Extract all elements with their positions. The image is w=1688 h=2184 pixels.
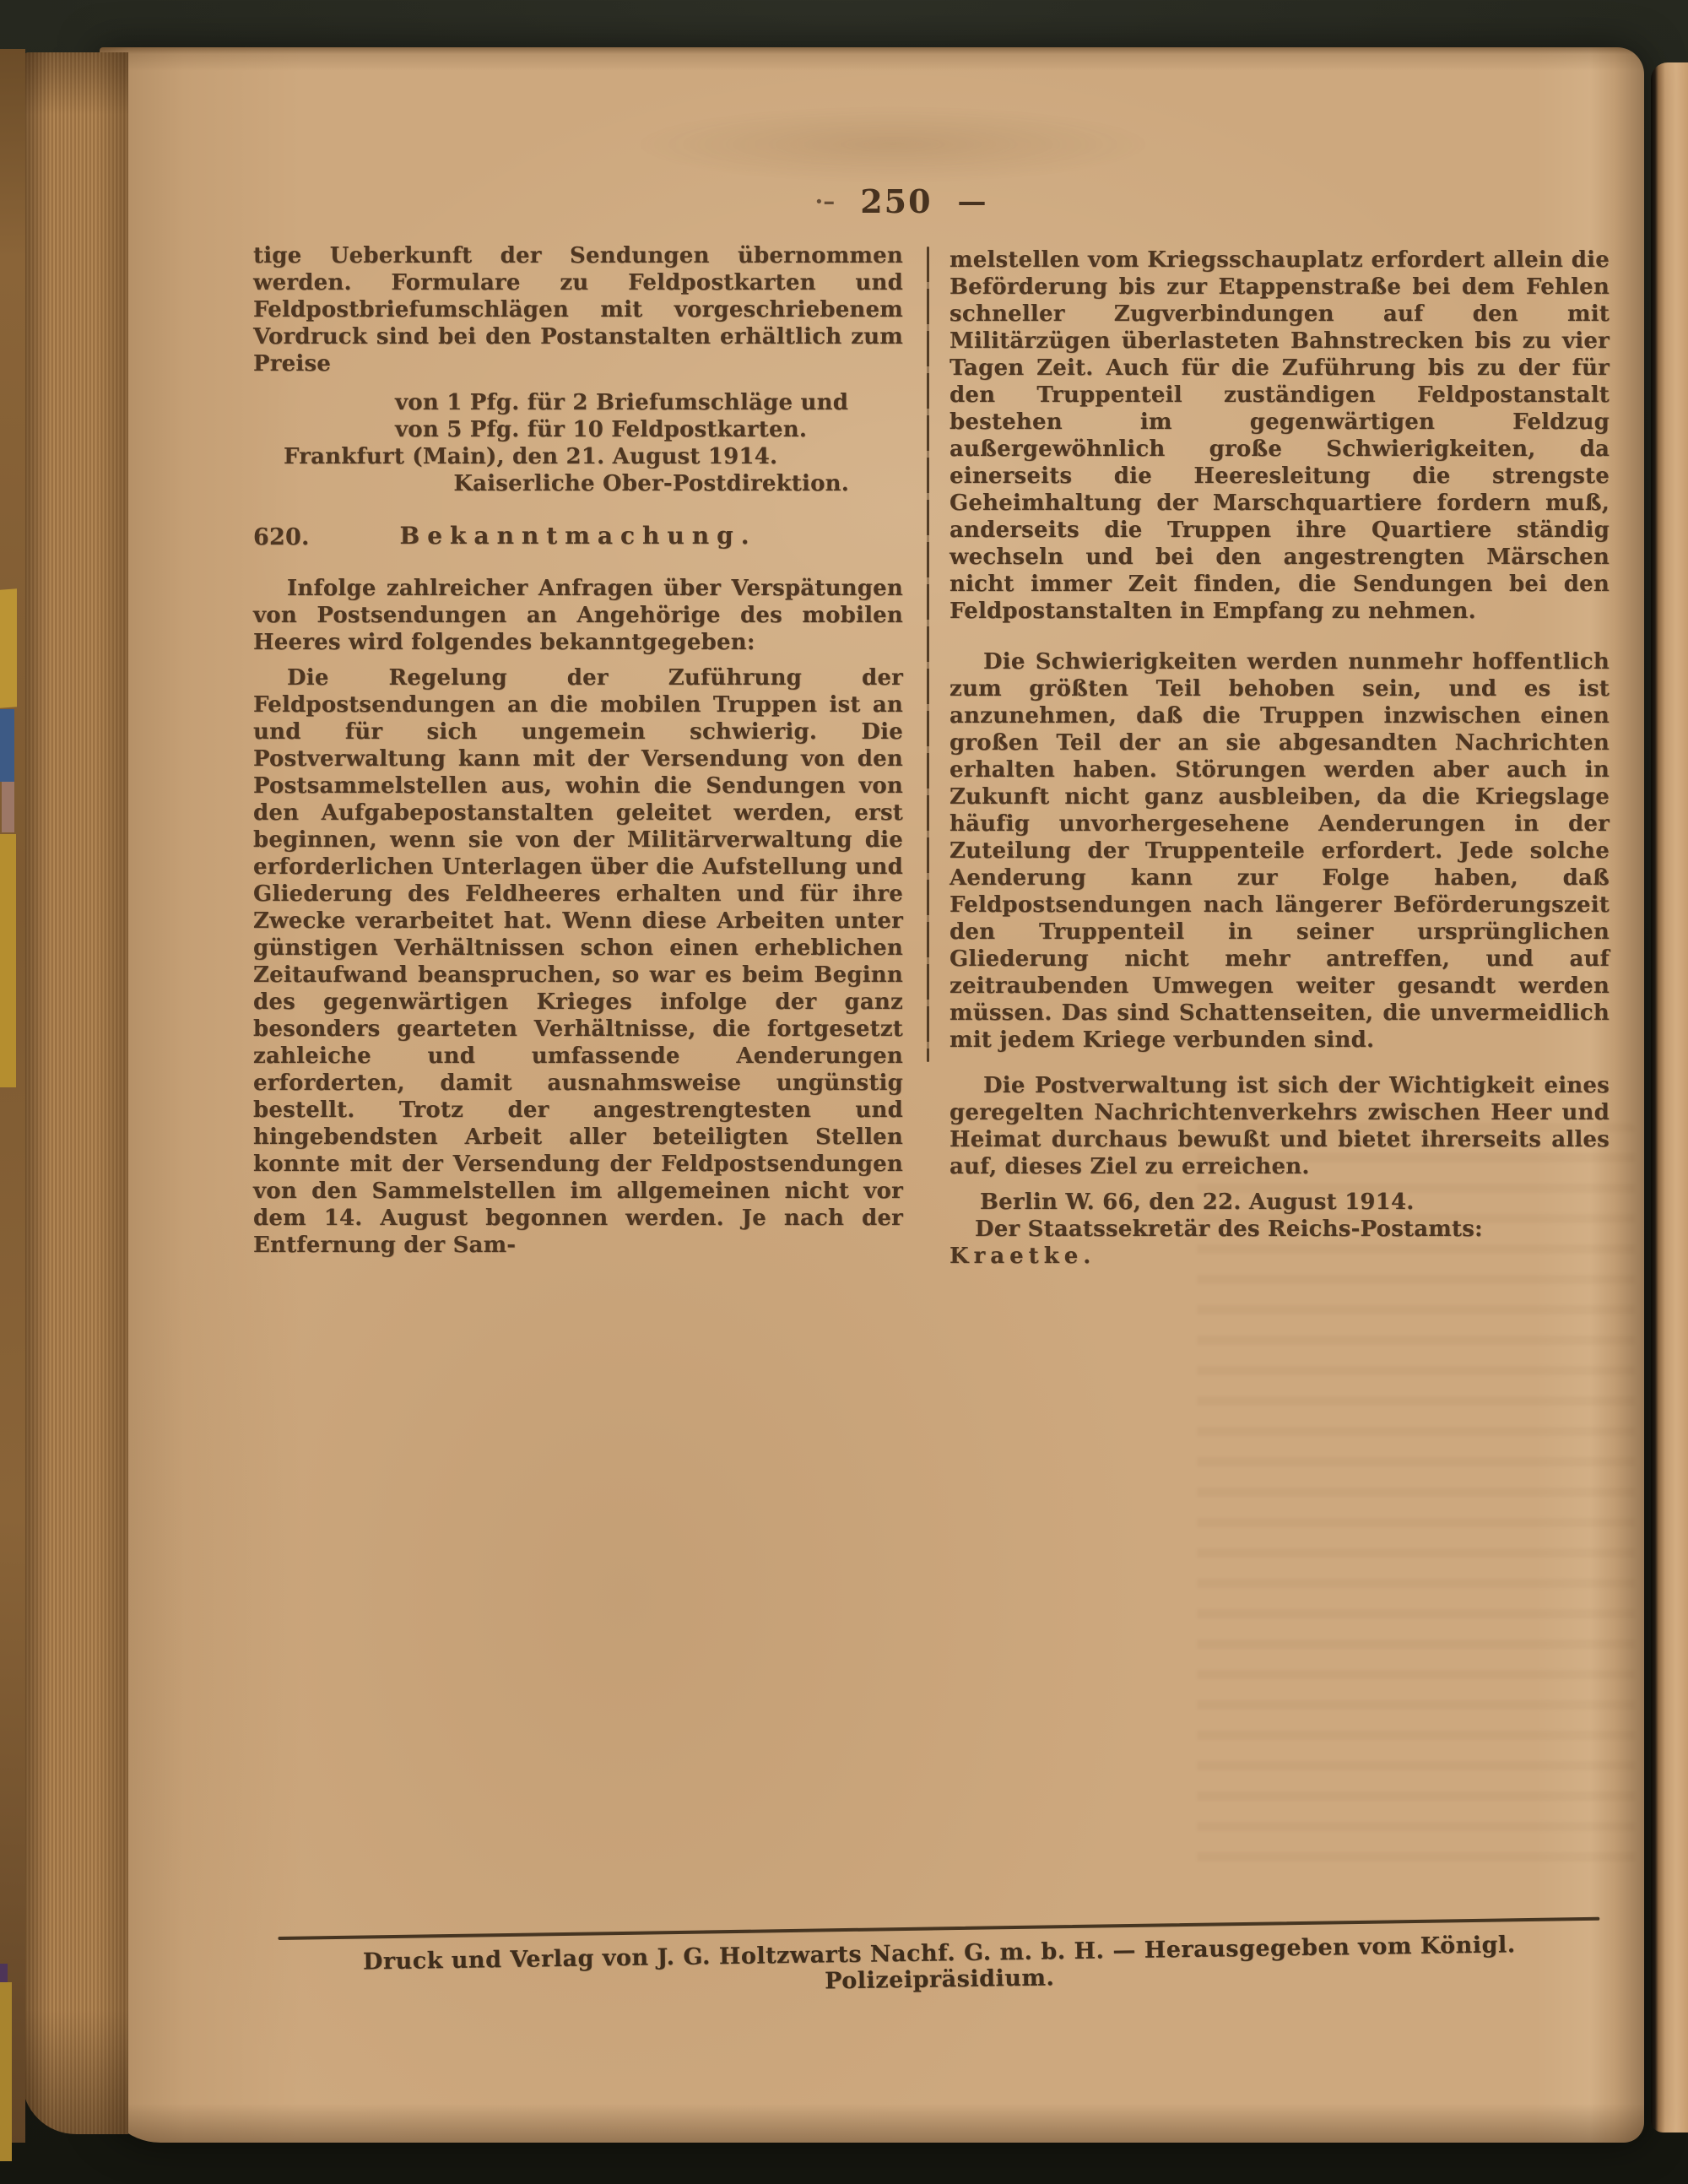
page-number-dash-left: ·– xyxy=(814,187,835,215)
page-stack-fore-edge xyxy=(22,52,128,2134)
item-number: 620. xyxy=(253,524,310,551)
announcement-heading-row: 620. Bekanntmachung. xyxy=(253,523,903,553)
edge-fragment-yellow xyxy=(0,588,17,707)
signature-name: Kraetke. xyxy=(949,1244,1096,1269)
showthrough-ghost-header xyxy=(572,98,1214,191)
edge-fragment-yellow xyxy=(0,834,16,1087)
showthrough-ghost-text xyxy=(1197,1123,1636,1866)
paragraph-continuation: tige Ueberkunft der Sendungen übernommen… xyxy=(253,242,903,377)
right-column: melstellen vom Kriegsschauplatz erforder… xyxy=(949,247,1610,1270)
paragraph: Die Regelung der Zuführung der Feldposts… xyxy=(253,664,903,1259)
price-line: von 1 Pfg. für 2 Briefumschläge und xyxy=(395,389,903,416)
adjacent-page-edge xyxy=(1651,62,1688,2133)
scanned-book-page: ·– 250 — tige Ueberkunft der Sendungen ü… xyxy=(0,0,1688,2184)
paragraph: Infolge zahlreicher Anfragen über Verspä… xyxy=(253,575,903,656)
price-list: von 1 Pfg. für 2 Briefumschläge und von … xyxy=(395,389,903,443)
edge-fragment-rose xyxy=(2,782,14,832)
announcement-heading: Bekanntmachung. xyxy=(400,522,757,550)
edge-fragment-blue xyxy=(0,709,14,782)
page-number-row: ·– 250 — xyxy=(774,182,1027,220)
page-number: 250 xyxy=(860,182,932,220)
edge-fragment-yellow xyxy=(0,1982,12,2161)
imprint-text: Druck und Verlag von J. G. Holtzwarts Na… xyxy=(279,1931,1601,2002)
left-edge-artifacts xyxy=(0,49,25,2143)
imprint-footer: Druck und Verlag von J. G. Holtzwarts Na… xyxy=(278,1917,1600,2002)
page-number-dash-right: — xyxy=(958,185,987,219)
column-divider xyxy=(927,247,929,1062)
signature-oberpostdirektion: Kaiserliche Ober-Postdirektion. xyxy=(253,470,903,497)
paragraph-continuation: melstellen vom Kriegsschauplatz erforder… xyxy=(949,247,1610,625)
price-line: von 5 Pfg. für 10 Feldpostkarten. xyxy=(395,416,903,443)
book-page: ·– 250 — tige Ueberkunft der Sendungen ü… xyxy=(100,47,1644,2143)
left-column: tige Ueberkunft der Sendungen übernommen… xyxy=(253,242,903,1259)
dateline-frankfurt: Frankfurt (Main), den 21. August 1914. xyxy=(253,443,903,470)
paragraph: Die Schwierigkeiten werden nunmehr hoffe… xyxy=(949,648,1610,1054)
